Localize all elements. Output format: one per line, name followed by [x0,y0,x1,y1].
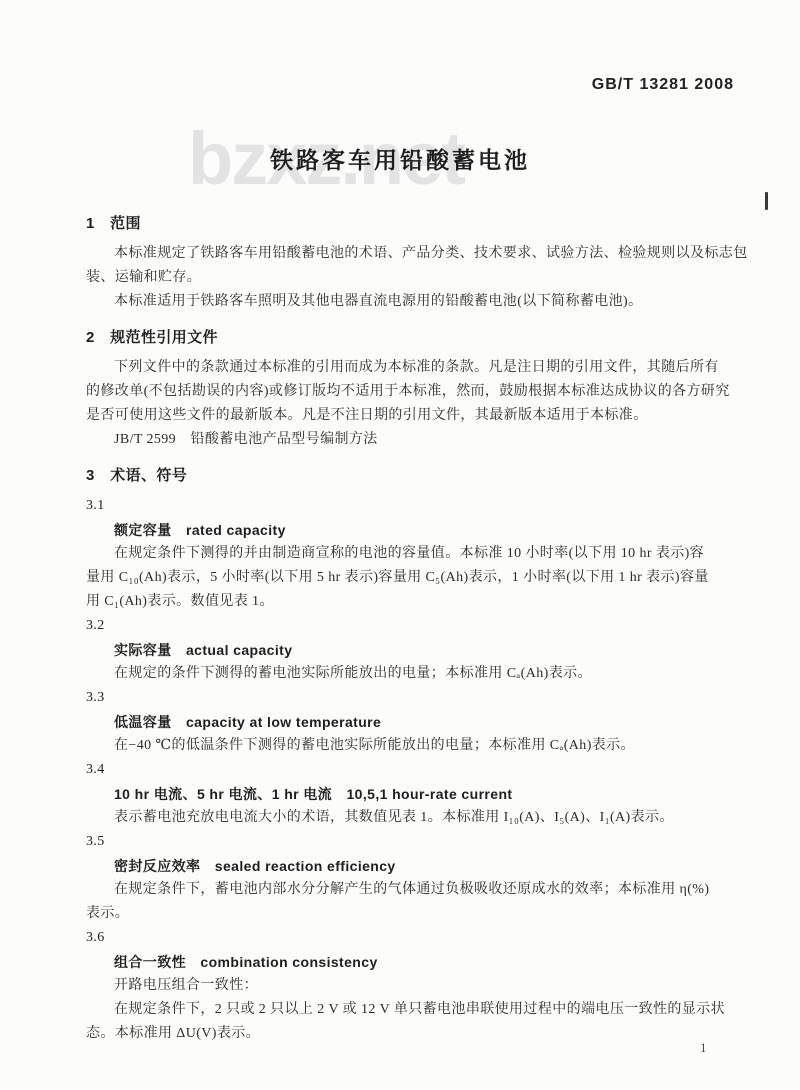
section-1-paragraph-1: 本标准规定了铁路客车用铅酸蓄电池的术语、产品分类、技术要求、试验方法、检验规则以… [86,242,770,314]
term-number: 3.3 [86,686,770,710]
paragraph-line: 在规定的条件下测得的蓄电池实际所能放出的电量；本标准用 Cₐ(Ah)表示。 [86,662,770,686]
paragraph-line: 是否可使用这些文件的最新版本。凡是不注日期的引用文件，其最新版本适用于本标准。 [86,404,770,428]
term-number: 3.1 [86,494,770,518]
paragraph-line: 表示。 [86,902,770,926]
term-3-3: 3.3 低温容量 capacity at low temperature 在−4… [86,686,770,758]
paragraph-line: 装、运输和贮存。 [86,266,770,290]
paragraph-line: 本标准适用于铁路客车照明及其他电器直流电源用的铅酸蓄电池(以下简称蓄电池)。 [86,290,770,314]
paragraph-line: 在规定条件下，蓄电池内部水分分解产生的气体通过负极吸收还原成水的效率；本标准用 … [86,878,770,902]
term-subtitle-line: 开路电压组合一致性： [86,974,770,998]
paragraph-line: 表示蓄电池充放电电流大小的术语，其数值见表 1。本标准用 I₁₀(A)、I₅(A… [86,806,770,830]
section-2-paragraph-1: 下列文件中的条款通过本标准的引用而成为本标准的条款。凡是注日期的引用文件，其随后… [86,356,770,452]
section-3-heading: 3 术语、符号 [86,464,770,488]
term-number: 3.2 [86,614,770,638]
term-heading: 低温容量 capacity at low temperature [86,710,770,734]
section-1-heading: 1 范围 [86,212,770,236]
term-number: 3.5 [86,830,770,854]
document-body: 1 范围 本标准规定了铁路客车用铅酸蓄电池的术语、产品分类、技术要求、试验方法、… [86,212,770,1046]
term-heading: 密封反应效率 sealed reaction efficiency [86,854,770,878]
paragraph-line: 在−40 ℃的低温条件下测得的蓄电池实际所能放出的电量；本标准用 Cₐ(Ah)表… [86,734,770,758]
paragraph-line: 用 C₁(Ah)表示。数值见表 1。 [86,590,770,614]
term-heading: 组合一致性 combination consistency [86,950,770,974]
term-3-6: 3.6 组合一致性 combination consistency 开路电压组合… [86,926,770,1046]
paragraph-line: 态。本标准用 ΔU(V)表示。 [86,1022,770,1046]
paragraph-line: 在规定条件下，2 只或 2 只以上 2 V 或 12 V 单只蓄电池串联使用过程… [86,998,770,1022]
term-3-1: 3.1 额定容量 rated capacity 在规定条件下测得的并由制造商宣称… [86,494,770,614]
paragraph-line: 本标准规定了铁路客车用铅酸蓄电池的术语、产品分类、技术要求、试验方法、检验规则以… [86,242,770,266]
section-2-heading: 2 规范性引用文件 [86,326,770,350]
paragraph-line: 下列文件中的条款通过本标准的引用而成为本标准的条款。凡是注日期的引用文件，其随后… [86,356,770,380]
scan-artifact-mark [765,192,768,210]
document-page: bzxz.net GB/T 13281 2008 铁路客车用铅酸蓄电池 1 范围… [0,0,800,1090]
paragraph-line: 量用 C₁₀(Ah)表示，5 小时率(以下用 5 hr 表示)容量用 C₅(Ah… [86,566,770,590]
term-3-5: 3.5 密封反应效率 sealed reaction efficiency 在规… [86,830,770,926]
term-3-4: 3.4 10 hr 电流、5 hr 电流、1 hr 电流 10,5,1 hour… [86,758,770,830]
term-number: 3.4 [86,758,770,782]
term-heading: 实际容量 actual capacity [86,638,770,662]
paragraph-line: 在规定条件下测得的并由制造商宣称的电池的容量值。本标准 10 小时率(以下用 1… [86,542,770,566]
term-heading: 10 hr 电流、5 hr 电流、1 hr 电流 10,5,1 hour-rat… [86,782,770,806]
paragraph-line: 的修改单(不包括勘误的内容)或修订版均不适用于本标准，然而，鼓励根据本标准达成协… [86,380,770,404]
term-number: 3.6 [86,926,770,950]
document-title: 铁路客车用铅酸蓄电池 [0,142,800,175]
standard-code: GB/T 13281 2008 [592,76,734,94]
term-heading: 额定容量 rated capacity [86,518,770,542]
term-3-2: 3.2 实际容量 actual capacity 在规定的条件下测得的蓄电池实际… [86,614,770,686]
normative-reference-entry: JB/T 2599 铅酸蓄电池产品型号编制方法 [86,428,770,452]
